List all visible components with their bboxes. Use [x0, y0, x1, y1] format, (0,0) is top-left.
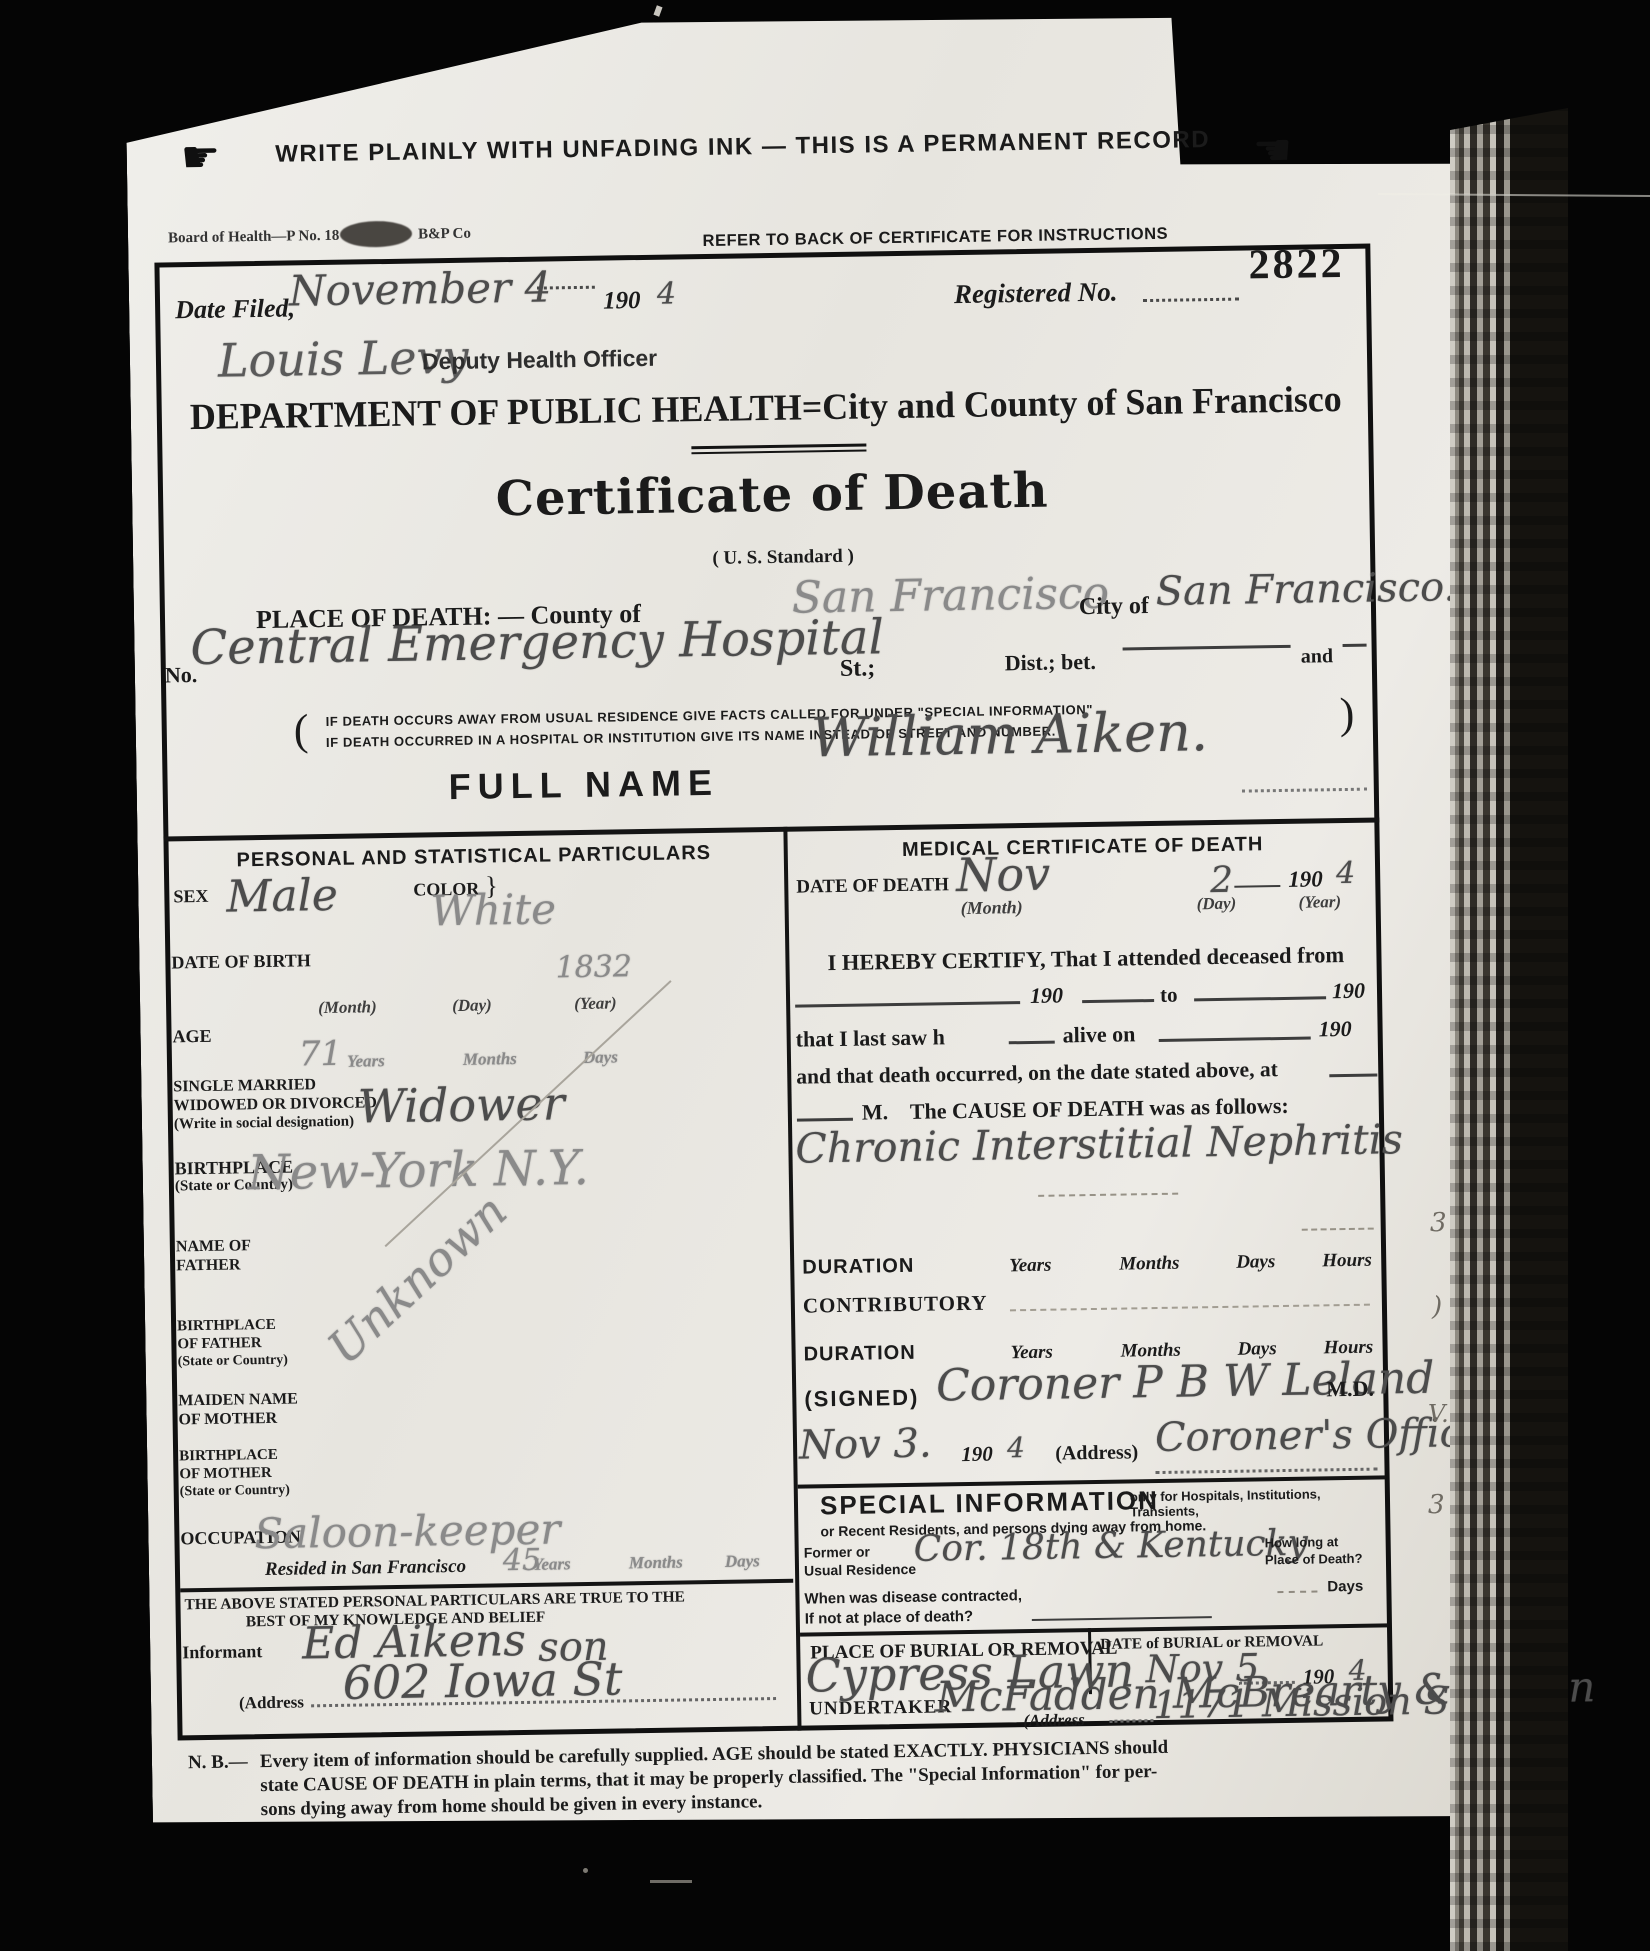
years-sublabel: Years	[533, 1554, 571, 1575]
informant-address-label: (Address	[239, 1692, 304, 1713]
dob-label: DATE OF BIRTH	[171, 950, 311, 973]
birthplace-value: New-York N.Y.	[247, 1140, 589, 1201]
month-sublabel: (Month)	[318, 997, 377, 1018]
date-filed-value: November 4	[288, 262, 551, 315]
undertaker-address-label: (Address	[1023, 1710, 1085, 1731]
years-sublabel: Years	[347, 1051, 385, 1072]
sex-value: Male	[226, 870, 338, 923]
howlong-label-2: Place of Death?	[1265, 1551, 1363, 1568]
full-name-value: William Aiken.	[810, 700, 1208, 769]
days-sublabel: Days	[1236, 1251, 1275, 1274]
blank-year: 190	[1030, 982, 1063, 1009]
mother-bp-label-1: BIRTHPLACE	[179, 1447, 278, 1466]
city-label: City of	[1079, 593, 1149, 621]
last-saw-line: that I last saw h	[795, 1024, 945, 1052]
sign-date-value: Nov 3.	[799, 1421, 932, 1469]
residence-label-1: Former or	[804, 1544, 870, 1561]
and-label: and	[1301, 645, 1334, 669]
months-sublabel: Months	[629, 1552, 683, 1573]
marital-label-2: WIDOWED OR DIVORCED	[174, 1094, 378, 1115]
day-sublabel: (Day)	[452, 995, 492, 1016]
edge-mark: 3	[1430, 1208, 1447, 1238]
film-speck	[583, 1868, 588, 1873]
city-value: San Francisco.	[1155, 564, 1456, 615]
street-label: St.;	[840, 655, 876, 683]
hand-left-icon: ☚	[1252, 125, 1292, 177]
footnote-prefix: N. B.—	[188, 1751, 248, 1774]
blank-line	[1343, 644, 1367, 647]
signed-label: (SIGNED)	[804, 1385, 919, 1413]
mother-name-label-2: OF MOTHER	[178, 1410, 277, 1430]
marital-label-3: (Write in social designation)	[174, 1114, 354, 1134]
book-page-edges	[1450, 108, 1568, 1951]
cause-of-death-value: Chronic Interstitial Nephritis	[795, 1115, 1403, 1173]
informant-label: Informant	[182, 1641, 262, 1663]
registered-no-value: 2822	[1248, 240, 1345, 290]
father-name-label-2: FATHER	[176, 1256, 241, 1275]
father-bp-label-3: (State or Country)	[178, 1353, 288, 1371]
dob-year-value: 1832	[555, 949, 632, 985]
edge-mark: 3	[1428, 1490, 1445, 1520]
date-filed-year-printed: 190	[603, 287, 641, 316]
contracted-label-2: If not at place of death?	[805, 1608, 974, 1628]
sign-address-label: (Address)	[1055, 1441, 1138, 1465]
days-label: Days	[1327, 1578, 1363, 1596]
residence-label-2: Usual Residence	[804, 1561, 916, 1579]
duration-label: DURATION	[802, 1255, 914, 1280]
certificate-sheet: ☛ WRITE PLAINLY WITH UNFADING INK — THIS…	[0, 0, 1650, 1951]
hand-right-icon: ☛	[180, 132, 220, 184]
edge-mark: )	[1432, 1292, 1442, 1322]
mother-bp-label-3: (State or Country)	[180, 1483, 290, 1501]
residence-value: Cor. 18th & Kentucky	[913, 1523, 1308, 1570]
hours-sublabel: Hours	[1322, 1250, 1372, 1273]
close-paren: )	[1339, 688, 1354, 739]
signer-title: Deputy Health Officer	[422, 345, 658, 376]
meridiem-label: M.	[862, 1099, 889, 1125]
months-sublabel: Months	[1119, 1253, 1180, 1276]
marital-label-1: SINGLE MARRIED	[173, 1076, 316, 1096]
microfilm-scan: ☛ WRITE PLAINLY WITH UNFADING INK — THIS…	[0, 0, 1650, 1951]
days-sublabel: Days	[725, 1551, 760, 1572]
date-filed-year-written: 4	[657, 276, 677, 311]
certificate-title: Certificate of Death	[492, 463, 1053, 528]
months-sublabel: Months	[463, 1049, 517, 1070]
institution-value: Central Emergency Hospital	[190, 609, 884, 676]
mother-bp-label-2: OF MOTHER	[179, 1465, 272, 1483]
father-bp-label-2: OF FATHER	[177, 1335, 262, 1353]
blank-year: 190	[1318, 1016, 1351, 1043]
father-name-label-1: NAME OF	[176, 1237, 251, 1256]
special-info-note-1: only for Hospitals, Institutions, Transi…	[1130, 1486, 1386, 1520]
death-month-value: Nov	[956, 847, 1051, 902]
sex-label: SEX	[173, 886, 208, 908]
year-sublabel: (Year)	[1298, 892, 1341, 913]
standard-note: ( U. S. Standard )	[673, 545, 893, 570]
contributory-label: CONTRIBUTORY	[803, 1291, 988, 1319]
film-dash	[650, 1880, 692, 1883]
month-sublabel: (Month)	[960, 897, 1022, 919]
undertaker-address-value: 1171 Mission St	[1153, 1678, 1465, 1727]
age-label: AGE	[172, 1026, 211, 1048]
md-label: M.D.	[1326, 1376, 1374, 1403]
duration-label: DURATION	[803, 1342, 915, 1367]
to-label: to	[1160, 983, 1178, 1008]
registered-no-label: Registered No.	[954, 277, 1118, 311]
date-filed-label: Date Filed,	[175, 293, 295, 325]
edge-mark: V.	[1428, 1400, 1449, 1428]
undertaker-label: UNDERTAKER	[809, 1696, 952, 1720]
color-value: White	[430, 884, 556, 935]
district-label: Dist.; bet.	[1005, 649, 1096, 676]
day-sublabel: (Day)	[1196, 894, 1236, 915]
resided-label: Resided in San Francisco	[265, 1556, 466, 1581]
blank-year: 190	[1332, 978, 1365, 1005]
years-sublabel: Years	[1009, 1255, 1052, 1278]
alive-on-label: alive on	[1062, 1021, 1135, 1048]
howlong-label-1: How long at	[1265, 1534, 1339, 1550]
printer-co: B&P Co	[418, 226, 471, 244]
death-year-printed: 190	[1288, 866, 1323, 893]
father-bp-label-1: BIRTHPLACE	[177, 1317, 276, 1336]
open-paren: (	[293, 704, 308, 755]
mother-name-label-1: MAIDEN NAME	[178, 1391, 298, 1411]
marital-value: Widower	[357, 1076, 565, 1133]
printer-note: Board of Health—P No. 18	[168, 228, 339, 248]
year-sublabel: (Year)	[574, 993, 617, 1014]
contracted-label-1: When was disease contracted,	[804, 1587, 1022, 1607]
age-value: 71	[299, 1034, 343, 1075]
death-year-written: 4	[1336, 856, 1356, 891]
special-info-header: SPECIAL INFORMATION	[820, 1485, 1159, 1521]
sign-year-printed: 190	[961, 1442, 993, 1467]
date-of-death-label: DATE OF DEATH	[796, 874, 949, 898]
sign-year-written: 4	[1007, 1431, 1025, 1464]
full-name-label: FULL NAME	[448, 762, 719, 808]
